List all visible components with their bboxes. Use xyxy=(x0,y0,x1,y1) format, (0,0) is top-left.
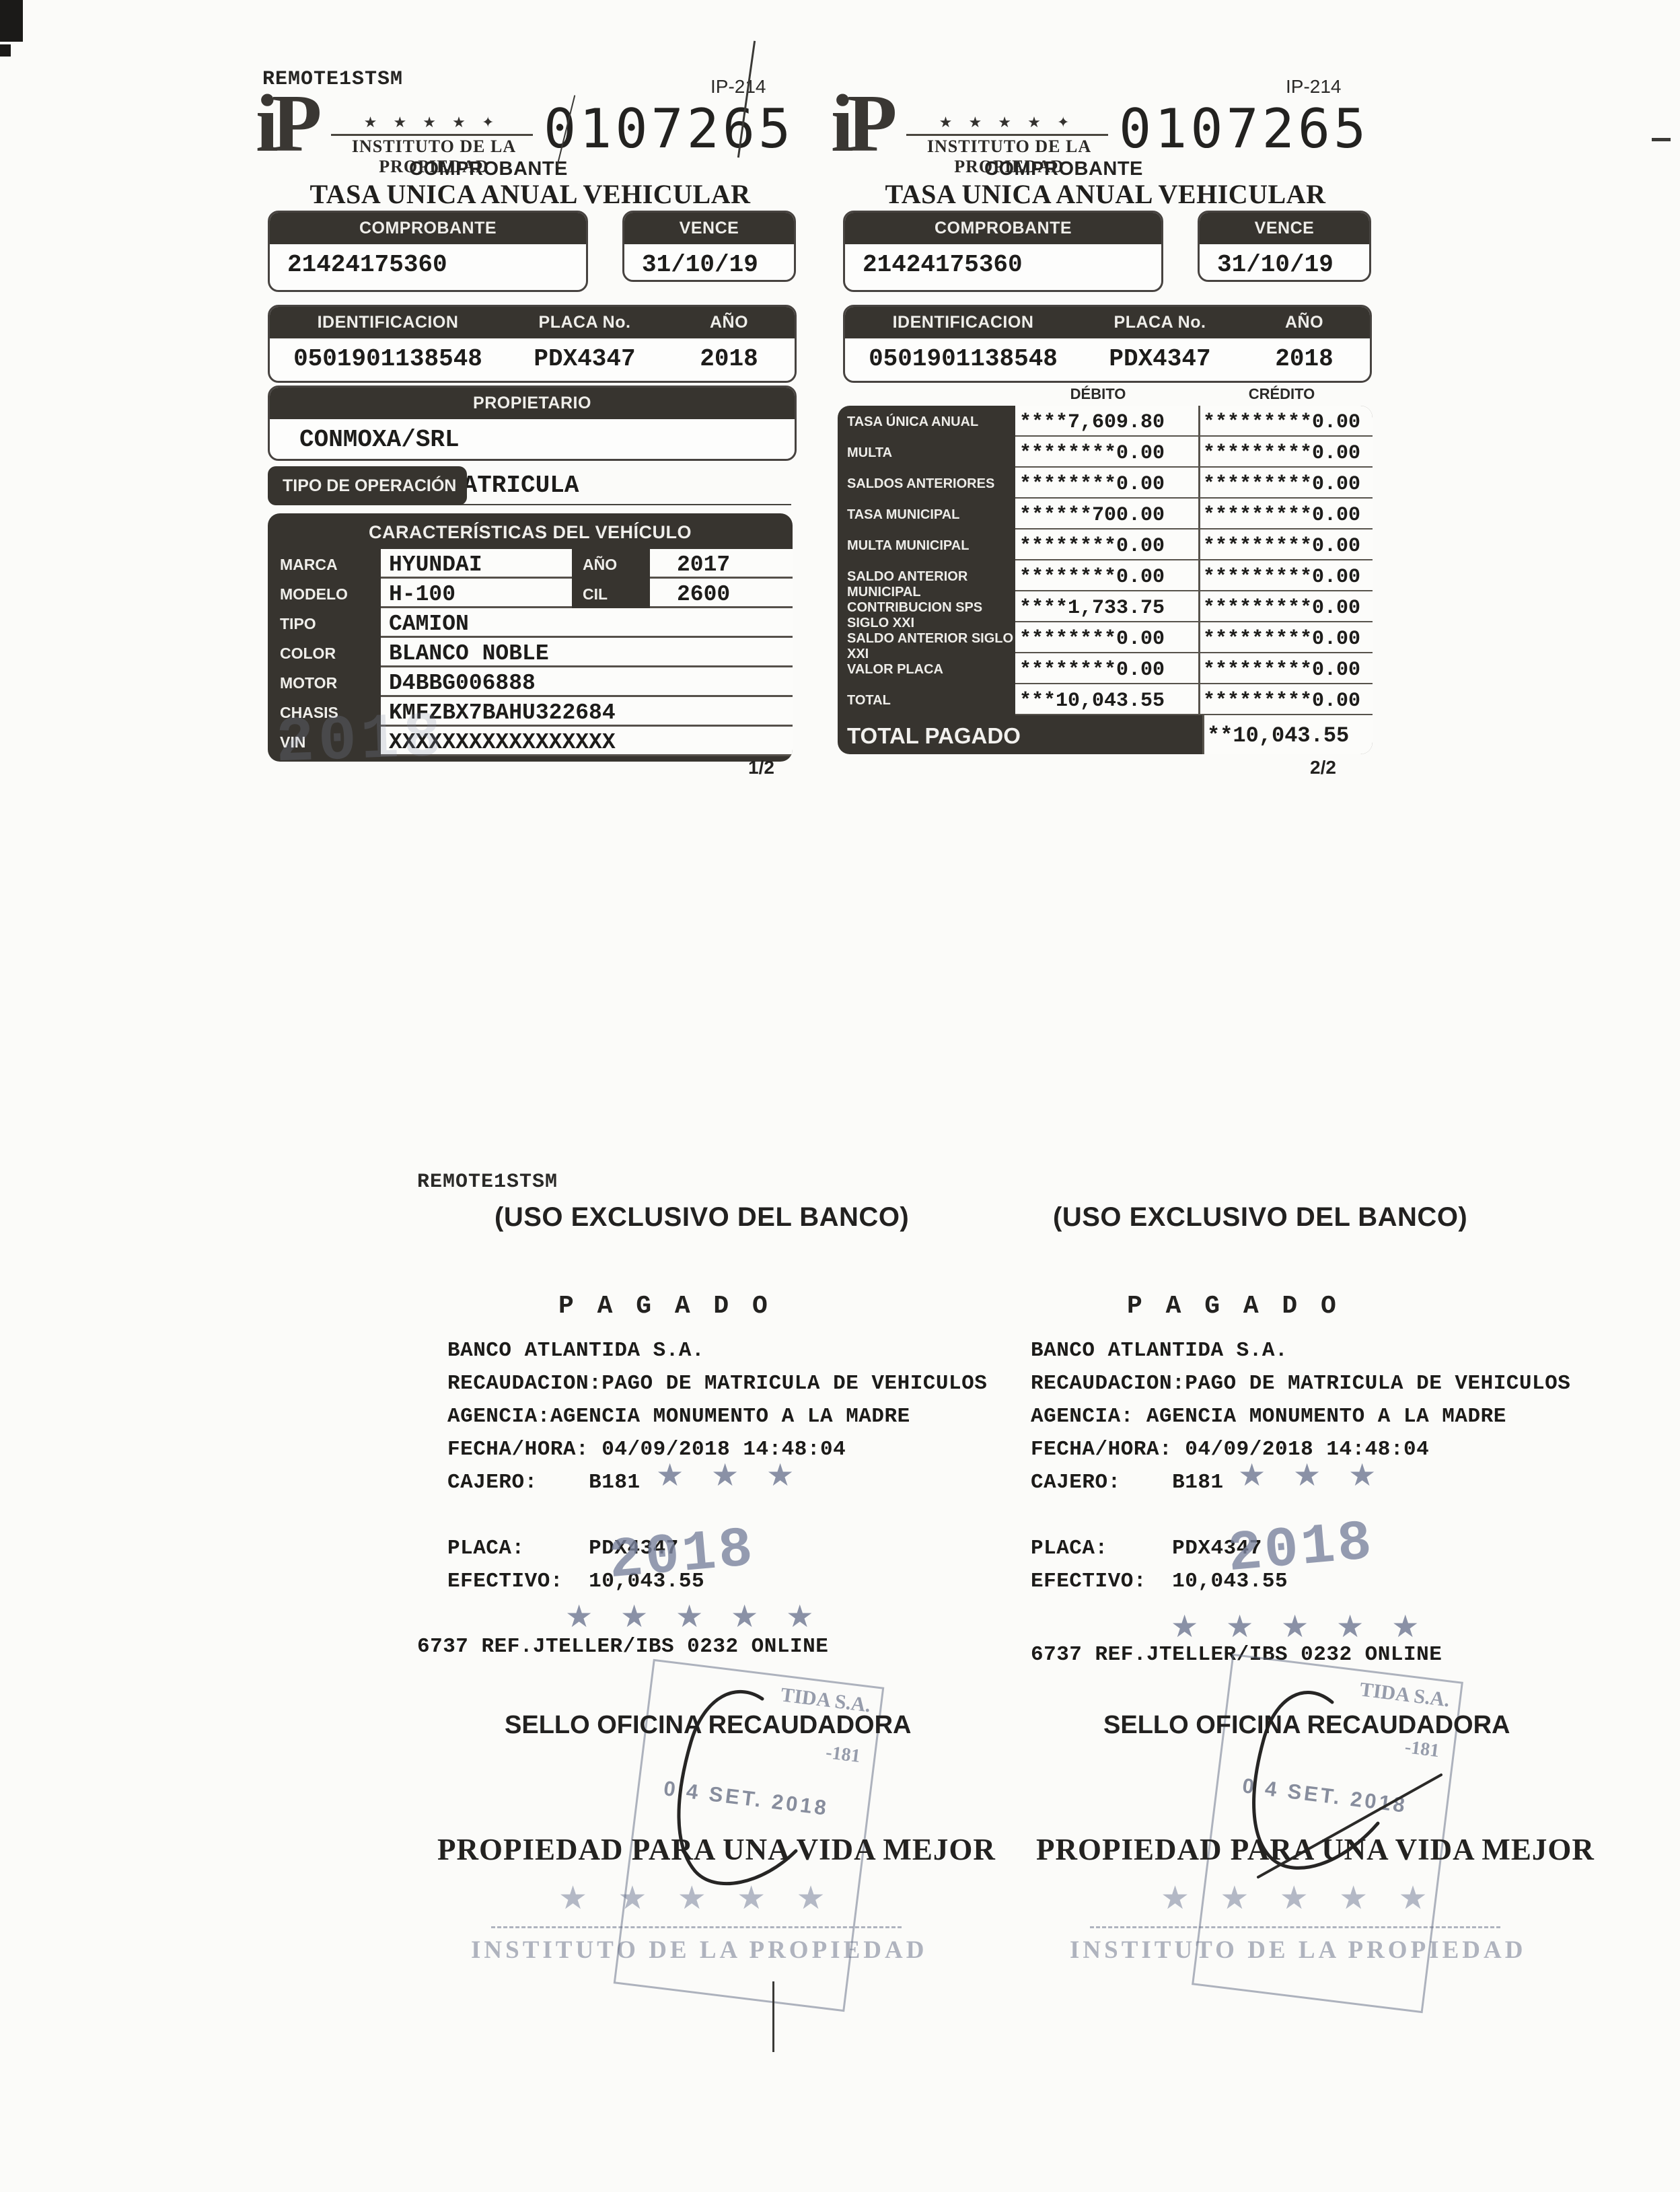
table-row: TASA MUNICIPAL ******700.00 *********0.0… xyxy=(838,499,1373,529)
propietario-label: PROPIETARIO xyxy=(270,388,795,419)
table-row: SALDOS ANTERIORES ********0.00 *********… xyxy=(838,468,1373,499)
tipo-operacion-value: MATRICULA xyxy=(448,472,579,499)
bank-stub-left: REMOTE1STSM (USO EXCLUSIVO DEL BANCO) P … xyxy=(373,1167,1019,2029)
modelo-label: MODELO xyxy=(268,579,381,608)
year-watermark: 2018 xyxy=(275,702,447,780)
signature-icon xyxy=(1231,1675,1453,1904)
serial-number: 0107265 xyxy=(544,98,794,160)
identificacion-value: 0501901138548 xyxy=(270,338,506,373)
scan-artifact xyxy=(1652,138,1671,141)
table-row: COLOR BLANCO NOBLE xyxy=(268,638,793,667)
page-number: 2/2 xyxy=(1310,757,1336,778)
vehicle-section-title: CARACTERÍSTICAS DEL VEHÍCULO xyxy=(268,513,793,549)
scan-artifact xyxy=(0,0,23,42)
identificacion-label: IDENTIFICACION xyxy=(845,313,1081,332)
comprobante-label: COMPROBANTE xyxy=(270,213,586,244)
table-row: MOTOR D4BBG006888 xyxy=(268,667,793,697)
institute-logo-icon: iP xyxy=(256,84,315,163)
table-row: MULTA ********0.00 *********0.00 xyxy=(838,437,1373,468)
credit-header: CRÉDITO xyxy=(1198,386,1366,403)
recaudacion-line: RECAUDACION:PAGO DE MATRICULA DE VEHICUL… xyxy=(1031,1367,1570,1400)
charge-debit: ****7,609.80 xyxy=(1015,406,1198,437)
scan-artifact xyxy=(0,44,11,57)
faint-stars-icon: ★ ★ ★ ★ ★ xyxy=(558,1879,836,1917)
terminal-id: REMOTE1STSM xyxy=(417,1171,558,1194)
marca-label: MARCA xyxy=(268,549,381,579)
charge-credit: *********0.00 xyxy=(1198,560,1373,591)
vence-box: VENCE 31/10/19 xyxy=(622,211,796,282)
page-number: 1/2 xyxy=(748,757,774,778)
table-row: VALOR PLACA ********0.00 *********0.00 xyxy=(838,653,1373,684)
charge-debit: ********0.00 xyxy=(1015,437,1198,468)
charge-label: SALDO ANTERIOR SIGLO XXI xyxy=(838,622,1015,653)
placa-label: PLACA No. xyxy=(1081,313,1239,332)
institute-stars-icon: ★ ★ ★ ★ ✦ xyxy=(331,114,533,136)
identification-box: IDENTIFICACION PLACA No. AÑO 05019011385… xyxy=(268,305,797,383)
cajero-line: CAJERO: B181 xyxy=(1031,1466,1224,1499)
stamp-stars-row-icon: ★ ★ ★ ★ ★ xyxy=(565,1598,823,1634)
comprobante-box: COMPROBANTE 21424175360 xyxy=(268,211,588,292)
placa-label: PLACA No. xyxy=(506,313,663,332)
total-pagado-value: **10,043.55 xyxy=(1202,715,1373,754)
receipt-title: TASA UNICA ANUAL VEHICULAR xyxy=(308,178,752,210)
scan-artifact xyxy=(772,1981,774,2052)
charge-credit: *********0.00 xyxy=(1198,437,1373,468)
table-row: TIPO CAMION xyxy=(268,608,793,638)
cil-value: 2600 xyxy=(650,579,793,608)
placa-value: PDX4347 xyxy=(1081,338,1239,373)
receipt-subtitle: COMPROBANTE xyxy=(409,158,568,180)
comprobante-value: 21424175360 xyxy=(845,244,1161,279)
identification-box: IDENTIFICACION PLACA No. AÑO 05019011385… xyxy=(843,305,1372,383)
agencia-line: AGENCIA:AGENCIA MONUMENTO A LA MADRE xyxy=(447,1400,910,1433)
ref-line: 6737 REF.JTELLER/IBS 0232 ONLINE xyxy=(417,1630,828,1663)
paid-status: P A G A D O xyxy=(1127,1292,1340,1321)
ano-value: 2018 xyxy=(663,338,795,373)
charge-label: CONTRIBUCION SPS SIGLO XXI xyxy=(838,591,1015,622)
institute-stars-icon: ★ ★ ★ ★ ✦ xyxy=(906,114,1108,136)
table-row: SALDO ANTERIOR SIGLO XXI ********0.00 **… xyxy=(838,622,1373,653)
total-pagado-label: TOTAL PAGADO xyxy=(838,715,1202,754)
stub-header: (USO EXCLUSIVO DEL BANCO) xyxy=(1053,1202,1467,1233)
bank-stub-right: (USO EXCLUSIVO DEL BANCO) P A G A D O BA… xyxy=(1016,1167,1662,2029)
ano-vehiculo-label: AÑO xyxy=(572,549,650,579)
stamp-divider xyxy=(491,1926,902,1928)
receipt-page-2: iP ★ ★ ★ ★ ✦ INSTITUTO DE LA PROPIEDAD I… xyxy=(831,64,1379,791)
table-row: TASA ÚNICA ANUAL ****7,609.80 *********0… xyxy=(838,406,1373,437)
tipo-value: CAMION xyxy=(381,608,793,638)
stamp-institute: INSTITUTO DE LA PROPIEDAD xyxy=(471,1936,927,1965)
motor-label: MOTOR xyxy=(268,667,381,697)
charge-debit: ********0.00 xyxy=(1015,529,1198,560)
receipt-page-1: REMOTE1STSM iP ★ ★ ★ ★ ✦ INSTITUTO DE LA… xyxy=(256,64,801,791)
comprobante-value: 21424175360 xyxy=(270,244,586,279)
charge-debit: ***10,043.55 xyxy=(1015,684,1198,715)
receipt-title: TASA UNICA ANUAL VEHICULAR xyxy=(883,178,1327,210)
charge-credit: *********0.00 xyxy=(1198,591,1373,622)
marca-value: HYUNDAI xyxy=(381,549,572,579)
charge-credit: *********0.00 xyxy=(1198,406,1373,437)
vence-value: 31/10/19 xyxy=(624,244,794,279)
table-row: MARCA HYUNDAI AÑO 2017 xyxy=(268,549,793,579)
total-pagado-row: TOTAL PAGADO **10,043.55 xyxy=(838,715,1373,754)
stamp-stars-icon: ★ ★ ★ xyxy=(656,1457,803,1493)
charge-label: SALDOS ANTERIORES xyxy=(838,468,1015,499)
sello-caption: SELLO OFICINA RECAUDADORA xyxy=(1103,1711,1510,1740)
faint-stars-icon: ★ ★ ★ ★ ★ xyxy=(1161,1879,1438,1917)
recaudacion-line: RECAUDACION:PAGO DE MATRICULA DE VEHICUL… xyxy=(447,1367,987,1400)
stamp-stars-icon: ★ ★ ★ xyxy=(1238,1457,1385,1493)
form-code: IP-214 xyxy=(710,76,766,98)
charge-credit: *********0.00 xyxy=(1198,622,1373,653)
modelo-value: H-100 xyxy=(381,579,572,608)
table-row: MULTA MUNICIPAL ********0.00 *********0.… xyxy=(838,529,1373,560)
charge-label: VALOR PLACA xyxy=(838,653,1015,684)
year-stamp: 2018 xyxy=(1225,1511,1377,1588)
tipo-label: TIPO xyxy=(268,608,381,638)
stamp-institute: INSTITUTO DE LA PROPIEDAD xyxy=(1070,1936,1526,1965)
motto: PROPIEDAD PARA UNA VIDA MEJOR xyxy=(437,1832,996,1867)
table-row: TOTAL ***10,043.55 *********0.00 xyxy=(838,684,1373,715)
vence-box: VENCE 31/10/19 xyxy=(1198,211,1371,282)
charge-debit: ****1,733.75 xyxy=(1015,591,1198,622)
paid-status: P A G A D O xyxy=(558,1292,772,1321)
stamp-teller-fragment: -181 xyxy=(825,1742,862,1767)
serial-number: 0107265 xyxy=(1119,98,1369,160)
charges-table: TASA ÚNICA ANUAL ****7,609.80 *********0… xyxy=(838,406,1373,754)
comprobante-box: COMPROBANTE 21424175360 xyxy=(843,211,1163,292)
placa-value: PDX4347 xyxy=(506,338,663,373)
ano-value: 2018 xyxy=(1239,338,1370,373)
motto: PROPIEDAD PARA UNA VIDA MEJOR xyxy=(1036,1832,1595,1867)
propietario-value: CONMOXA/SRL xyxy=(270,419,795,453)
charge-debit: ******700.00 xyxy=(1015,499,1198,529)
identificacion-value: 0501901138548 xyxy=(845,338,1081,373)
identificacion-label: IDENTIFICACION xyxy=(270,313,506,332)
charge-credit: *********0.00 xyxy=(1198,499,1373,529)
vence-label: VENCE xyxy=(1200,213,1369,244)
table-row: CONTRIBUCION SPS SIGLO XXI ****1,733.75 … xyxy=(838,591,1373,622)
charge-credit: *********0.00 xyxy=(1198,529,1373,560)
ano-label: AÑO xyxy=(1239,313,1370,332)
tipo-operacion-underline xyxy=(458,504,791,505)
charge-credit: *********0.00 xyxy=(1198,653,1373,684)
receipt-subtitle: COMPROBANTE xyxy=(984,158,1143,180)
bank-name: BANCO ATLANTIDA S.A. xyxy=(1031,1334,1288,1367)
cajero-line: CAJERO: B181 xyxy=(447,1466,641,1499)
year-stamp: 2018 xyxy=(606,1518,758,1595)
color-value: BLANCO NOBLE xyxy=(381,638,793,667)
charge-label: MULTA xyxy=(838,437,1015,468)
debit-header: DÉBITO xyxy=(1007,386,1189,403)
sello-caption: SELLO OFICINA RECAUDADORA xyxy=(505,1711,911,1740)
institute-logo-icon: iP xyxy=(831,84,890,163)
charge-debit: ********0.00 xyxy=(1015,560,1198,591)
motor-value: D4BBG006888 xyxy=(381,667,793,697)
charge-label: TASA MUNICIPAL xyxy=(838,499,1015,529)
ano-label: AÑO xyxy=(663,313,795,332)
charge-label: MULTA MUNICIPAL xyxy=(838,529,1015,560)
comprobante-label: COMPROBANTE xyxy=(845,213,1161,244)
stub-header: (USO EXCLUSIVO DEL BANCO) xyxy=(495,1202,909,1233)
tipo-operacion-label: TIPO DE OPERACIÓN xyxy=(268,466,467,505)
color-label: COLOR xyxy=(268,638,381,667)
agencia-line: AGENCIA: AGENCIA MONUMENTO A LA MADRE xyxy=(1031,1400,1506,1433)
propietario-box: PROPIETARIO CONMOXA/SRL xyxy=(268,386,797,461)
vence-value: 31/10/19 xyxy=(1200,244,1369,279)
charge-credit: *********0.00 xyxy=(1198,468,1373,499)
ano-vehiculo-value: 2017 xyxy=(650,549,793,579)
charge-label: TOTAL xyxy=(838,684,1015,715)
stamp-divider xyxy=(1090,1926,1500,1928)
table-row: SALDO ANTERIOR MUNICIPAL ********0.00 **… xyxy=(838,560,1373,591)
charge-credit: *********0.00 xyxy=(1198,684,1373,715)
charge-label: TASA ÚNICA ANUAL xyxy=(838,406,1015,437)
charge-debit: ********0.00 xyxy=(1015,468,1198,499)
form-code: IP-214 xyxy=(1286,76,1342,98)
charge-debit: ********0.00 xyxy=(1015,653,1198,684)
cil-label: CIL xyxy=(572,579,650,608)
bank-name: BANCO ATLANTIDA S.A. xyxy=(447,1334,704,1367)
charge-debit: ********0.00 xyxy=(1015,622,1198,653)
vence-label: VENCE xyxy=(624,213,794,244)
table-row: MODELO H-100 CIL 2600 xyxy=(268,579,793,608)
charge-label: SALDO ANTERIOR MUNICIPAL xyxy=(838,560,1015,591)
